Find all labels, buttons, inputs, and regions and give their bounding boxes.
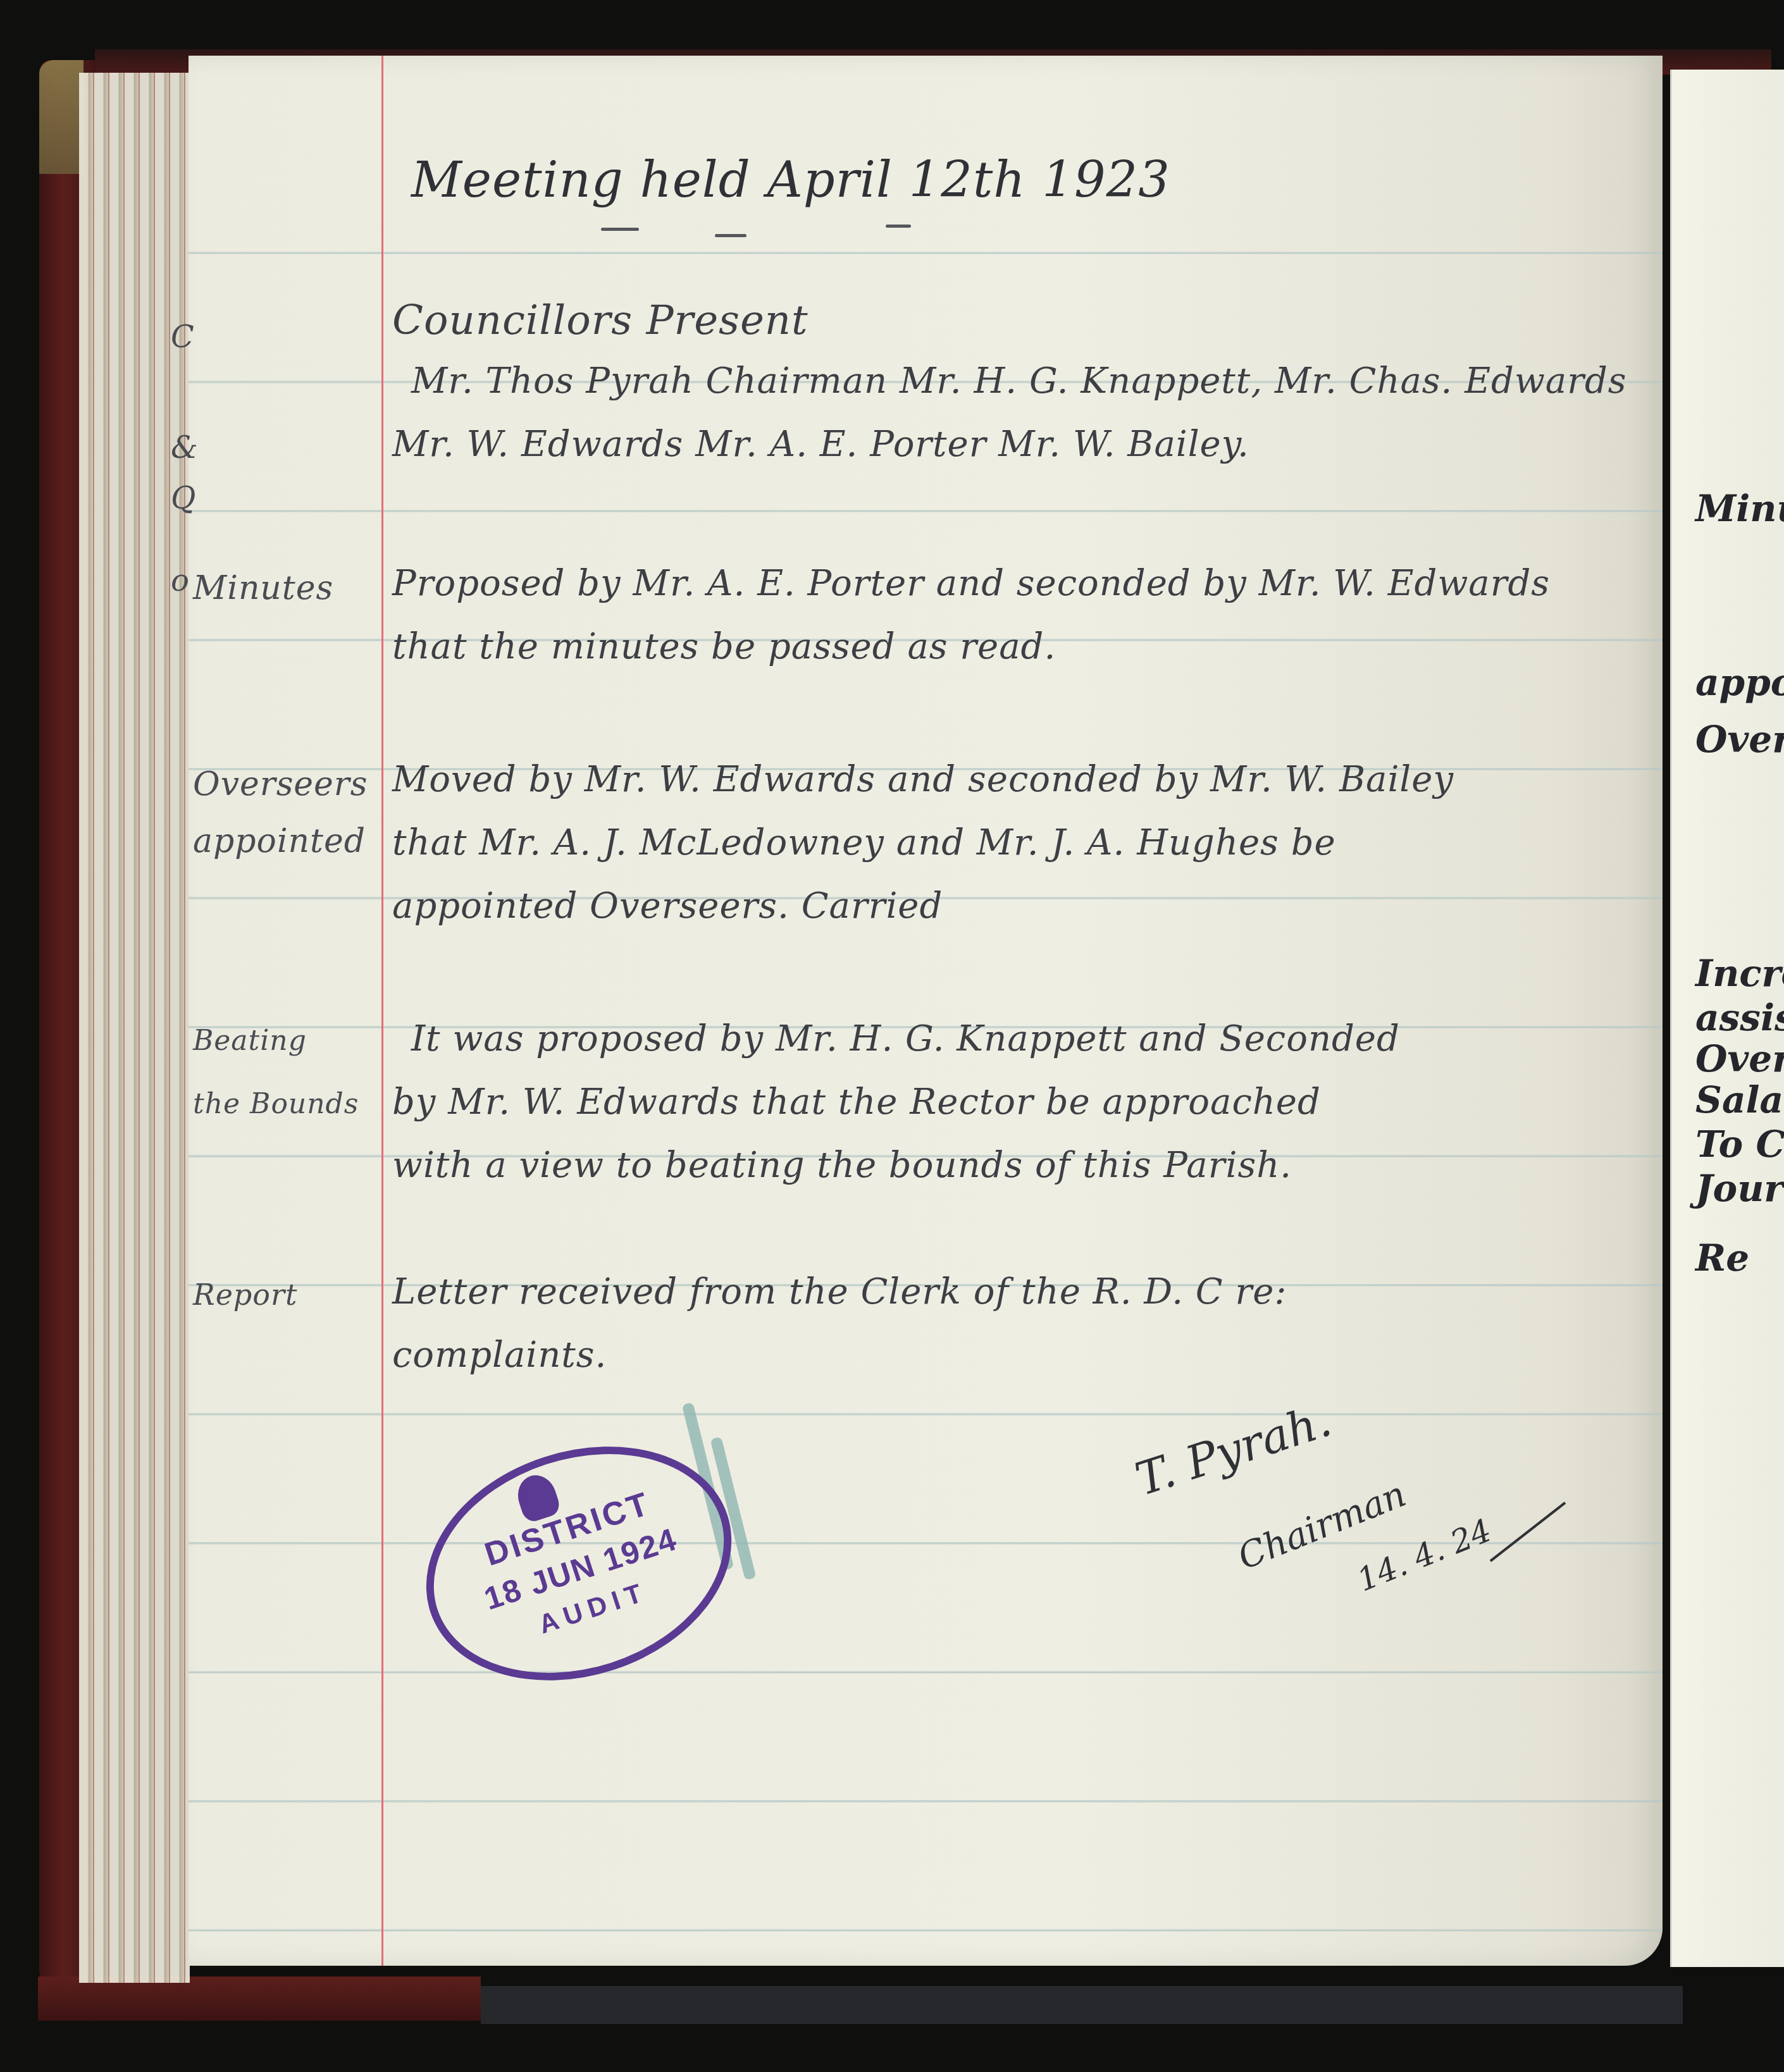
next-page-fragment: appo: [1695, 661, 1784, 704]
entry-line: It was proposed by Mr. H. G. Knappett an…: [411, 1018, 1400, 1059]
previous-page-fragment: o: [171, 563, 189, 598]
book-cover-bottom: [38, 1976, 481, 2021]
councillors-line-2: Mr. W. Edwards Mr. A. E. Porter Mr. W. B…: [392, 424, 1249, 465]
previous-page-fragment: &: [171, 430, 198, 466]
entry-line: complaints.: [392, 1335, 607, 1376]
next-page-fragment: Journ: [1695, 1167, 1784, 1210]
next-page-fragment: Re: [1695, 1236, 1749, 1280]
previous-page-fragment: C: [171, 319, 194, 355]
next-page-fragment: Increa: [1695, 952, 1784, 995]
entry-line: by Mr. W. Edwards that the Rector be app…: [392, 1082, 1321, 1123]
entry-line: Moved by Mr. W. Edwards and seconded by …: [392, 759, 1454, 800]
next-page-fragment: Minu: [1695, 487, 1784, 530]
entry-line: that Mr. A. J. McLedowney and Mr. J. A. …: [392, 822, 1336, 863]
title-underline: [715, 234, 746, 237]
previous-page-fragment: Q: [171, 481, 195, 516]
margin-label-minutes: Minutes: [193, 569, 333, 607]
councillors-line-1: Mr. Thos Pyrah Chairman Mr. H. G. Knappe…: [411, 361, 1627, 402]
next-page-fragment: Sala: [1695, 1078, 1783, 1121]
page-stack-edges: [79, 73, 190, 1983]
entry-line: Proposed by Mr. A. E. Porter and seconde…: [392, 563, 1550, 604]
entry-line: appointed Overseers. Carried: [392, 885, 943, 927]
margin-label-beating: Beating: [193, 1025, 307, 1057]
title-underline: [886, 225, 911, 228]
entry-line: Letter received from the Clerk of the R.…: [392, 1271, 1287, 1312]
next-page-fragment: Over: [1695, 1037, 1784, 1080]
meeting-title: Meeting held April 12th 1923: [411, 152, 1170, 209]
margin-label-overseers: Overseers: [193, 765, 368, 803]
entry-line: with a view to beating the bounds of thi…: [392, 1145, 1292, 1186]
next-page-fragment: To Ca: [1695, 1123, 1784, 1166]
margin-rule: [381, 56, 383, 1966]
book-cloth-bottom: [481, 1986, 1683, 2024]
councillors-heading: Councillors Present: [392, 297, 808, 344]
title-underline: [601, 228, 639, 231]
margin-label-the-bounds: the Bounds: [193, 1088, 359, 1120]
book-cover-corner: [39, 60, 84, 174]
next-page-fragment: Over: [1695, 718, 1784, 761]
margin-label-appointed: appointed: [193, 822, 366, 860]
margin-label-report: Report: [193, 1278, 297, 1312]
next-page-fragment: assis: [1695, 996, 1784, 1039]
entry-line: that the minutes be passed as read.: [392, 626, 1056, 667]
